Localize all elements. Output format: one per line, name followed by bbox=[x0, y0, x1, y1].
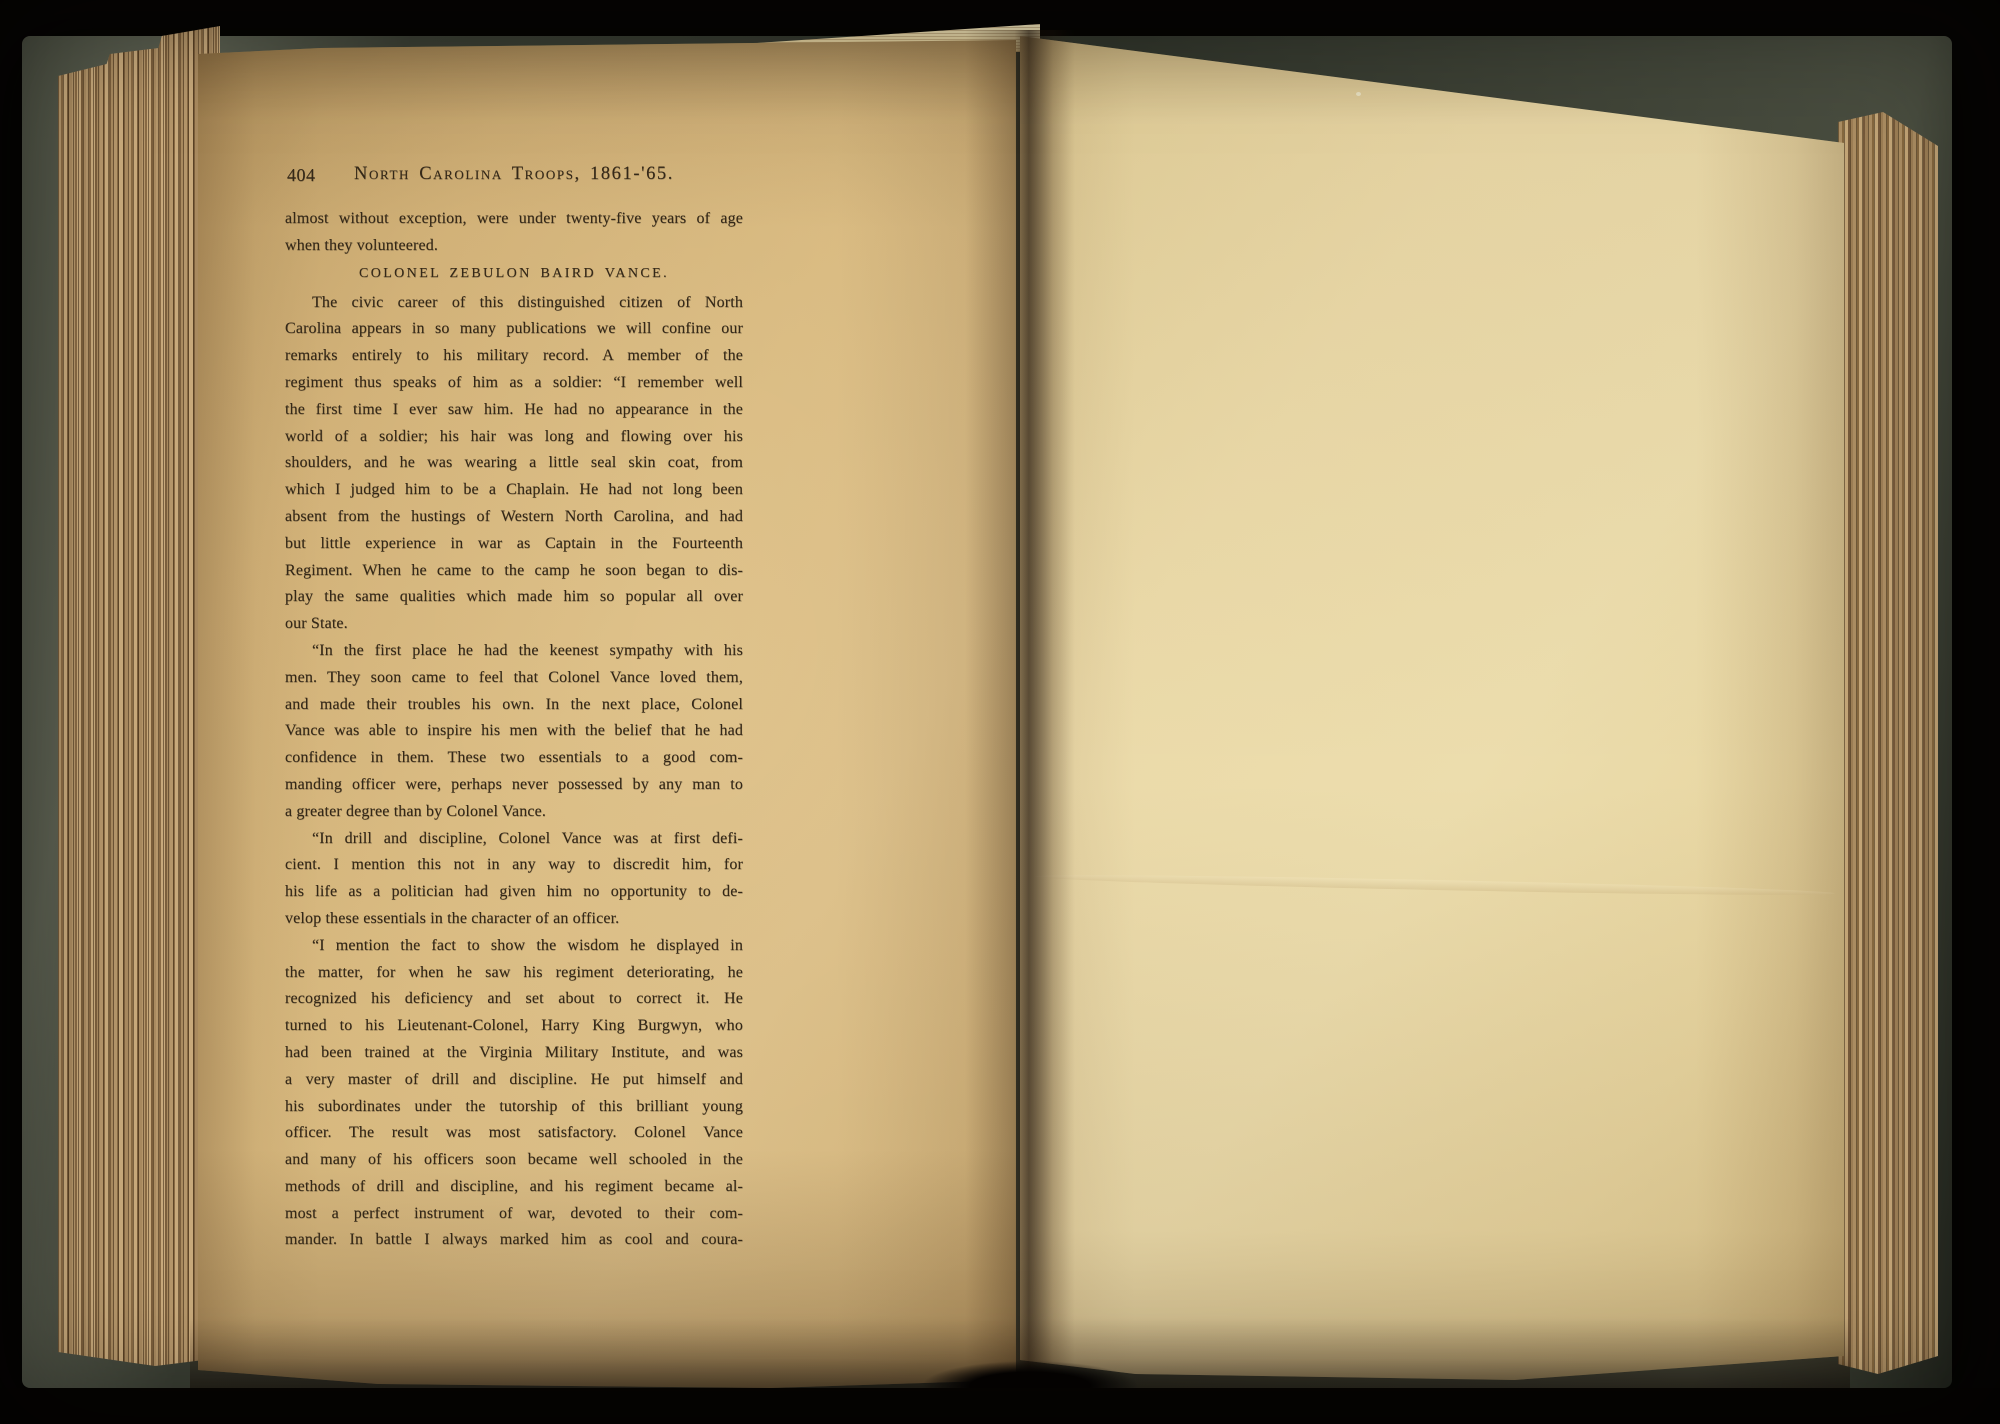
photo-background: 404 North Carolina Troops, 1861-'65. alm… bbox=[0, 0, 2000, 1424]
body-text: almost without exception, were under twe… bbox=[285, 206, 743, 1254]
left-page-text-block: 404 North Carolina Troops, 1861-'65. alm… bbox=[285, 164, 743, 1254]
text-line: The civic career of this distinguished c… bbox=[285, 290, 743, 317]
text-line: our State. bbox=[285, 611, 743, 638]
page-edge-stack-right bbox=[1838, 112, 1938, 1394]
text-line: his subordinates under the tutorship of … bbox=[285, 1094, 743, 1121]
gutter-shadow bbox=[965, 30, 1075, 1396]
text-line: Vance was able to inspire his men with t… bbox=[285, 718, 743, 745]
text-line: confidence in them. These two essentials… bbox=[285, 745, 743, 772]
section-heading: COLONEL ZEBULON BAIRD VANCE. bbox=[285, 266, 743, 282]
text-line: almost without exception, were under twe… bbox=[285, 206, 743, 233]
paragraph: The civic career of this distinguished c… bbox=[285, 290, 743, 638]
paper-speck bbox=[1356, 92, 1361, 96]
text-line: and made their troubles his own. In the … bbox=[285, 692, 743, 719]
text-line: most a perfect instrument of war, devote… bbox=[285, 1201, 743, 1228]
text-line: officer. The result was most satisfactor… bbox=[285, 1120, 743, 1147]
text-line: his life as a politician had given him n… bbox=[285, 879, 743, 906]
paragraph: almost without exception, were under twe… bbox=[285, 206, 743, 260]
text-line: men. They soon came to feel that Colonel… bbox=[285, 665, 743, 692]
text-line: which I judged him to be a Chaplain. He … bbox=[285, 477, 743, 504]
text-line: “In the first place he had the keenest s… bbox=[285, 638, 743, 665]
right-page-blank bbox=[1020, 28, 1844, 1394]
text-line: cient. I mention this not in any way to … bbox=[285, 852, 743, 879]
page-edge-stack-left bbox=[58, 20, 220, 1372]
text-line: and many of his officers soon became wel… bbox=[285, 1147, 743, 1174]
text-line: world of a soldier; his hair was long an… bbox=[285, 424, 743, 451]
text-line: velop these essentials in the character … bbox=[285, 906, 743, 933]
text-line: recognized his deficiency and set about … bbox=[285, 986, 743, 1013]
text-line: the first time I ever saw him. He had no… bbox=[285, 397, 743, 424]
text-line: remarks entirely to his military record.… bbox=[285, 343, 743, 370]
text-line: but little experience in war as Captain … bbox=[285, 531, 743, 558]
text-line: a greater degree than by Colonel Vance. bbox=[285, 799, 743, 826]
photo-floor bbox=[0, 1388, 2000, 1424]
text-line: methods of drill and discipline, and his… bbox=[285, 1174, 743, 1201]
text-line: “In drill and discipline, Colonel Vance … bbox=[285, 826, 743, 853]
text-line: “I mention the fact to show the wisdom h… bbox=[285, 933, 743, 960]
page-number: 404 bbox=[287, 165, 316, 186]
text-line: play the same qualities which made him s… bbox=[285, 584, 743, 611]
text-line: turned to his Lieutenant-Colonel, Harry … bbox=[285, 1013, 743, 1040]
running-header: 404 North Carolina Troops, 1861-'65. bbox=[285, 164, 743, 190]
text-line: manding officer were, perhaps never poss… bbox=[285, 772, 743, 799]
text-line: when they volunteered. bbox=[285, 233, 743, 260]
text-line: a very master of drill and discipline. H… bbox=[285, 1067, 743, 1094]
left-page: 404 North Carolina Troops, 1861-'65. alm… bbox=[198, 40, 1016, 1392]
text-line: Regiment. When he came to the camp he so… bbox=[285, 558, 743, 585]
text-line: had been trained at the Virginia Militar… bbox=[285, 1040, 743, 1067]
paragraph: “In drill and discipline, Colonel Vance … bbox=[285, 826, 743, 933]
paragraph: “I mention the fact to show the wisdom h… bbox=[285, 933, 743, 1255]
text-line: absent from the hustings of Western Nort… bbox=[285, 504, 743, 531]
text-line: regiment thus speaks of him as a soldier… bbox=[285, 370, 743, 397]
text-line: the matter, for when he saw his regiment… bbox=[285, 960, 743, 987]
text-line: shoulders, and he was wearing a little s… bbox=[285, 450, 743, 477]
running-header-title: North Carolina Troops, 1861-'65. bbox=[285, 164, 743, 185]
paragraph: “In the first place he had the keenest s… bbox=[285, 638, 743, 826]
text-line: mander. In battle I always marked him as… bbox=[285, 1227, 743, 1254]
text-line: Carolina appears in so many publications… bbox=[285, 316, 743, 343]
